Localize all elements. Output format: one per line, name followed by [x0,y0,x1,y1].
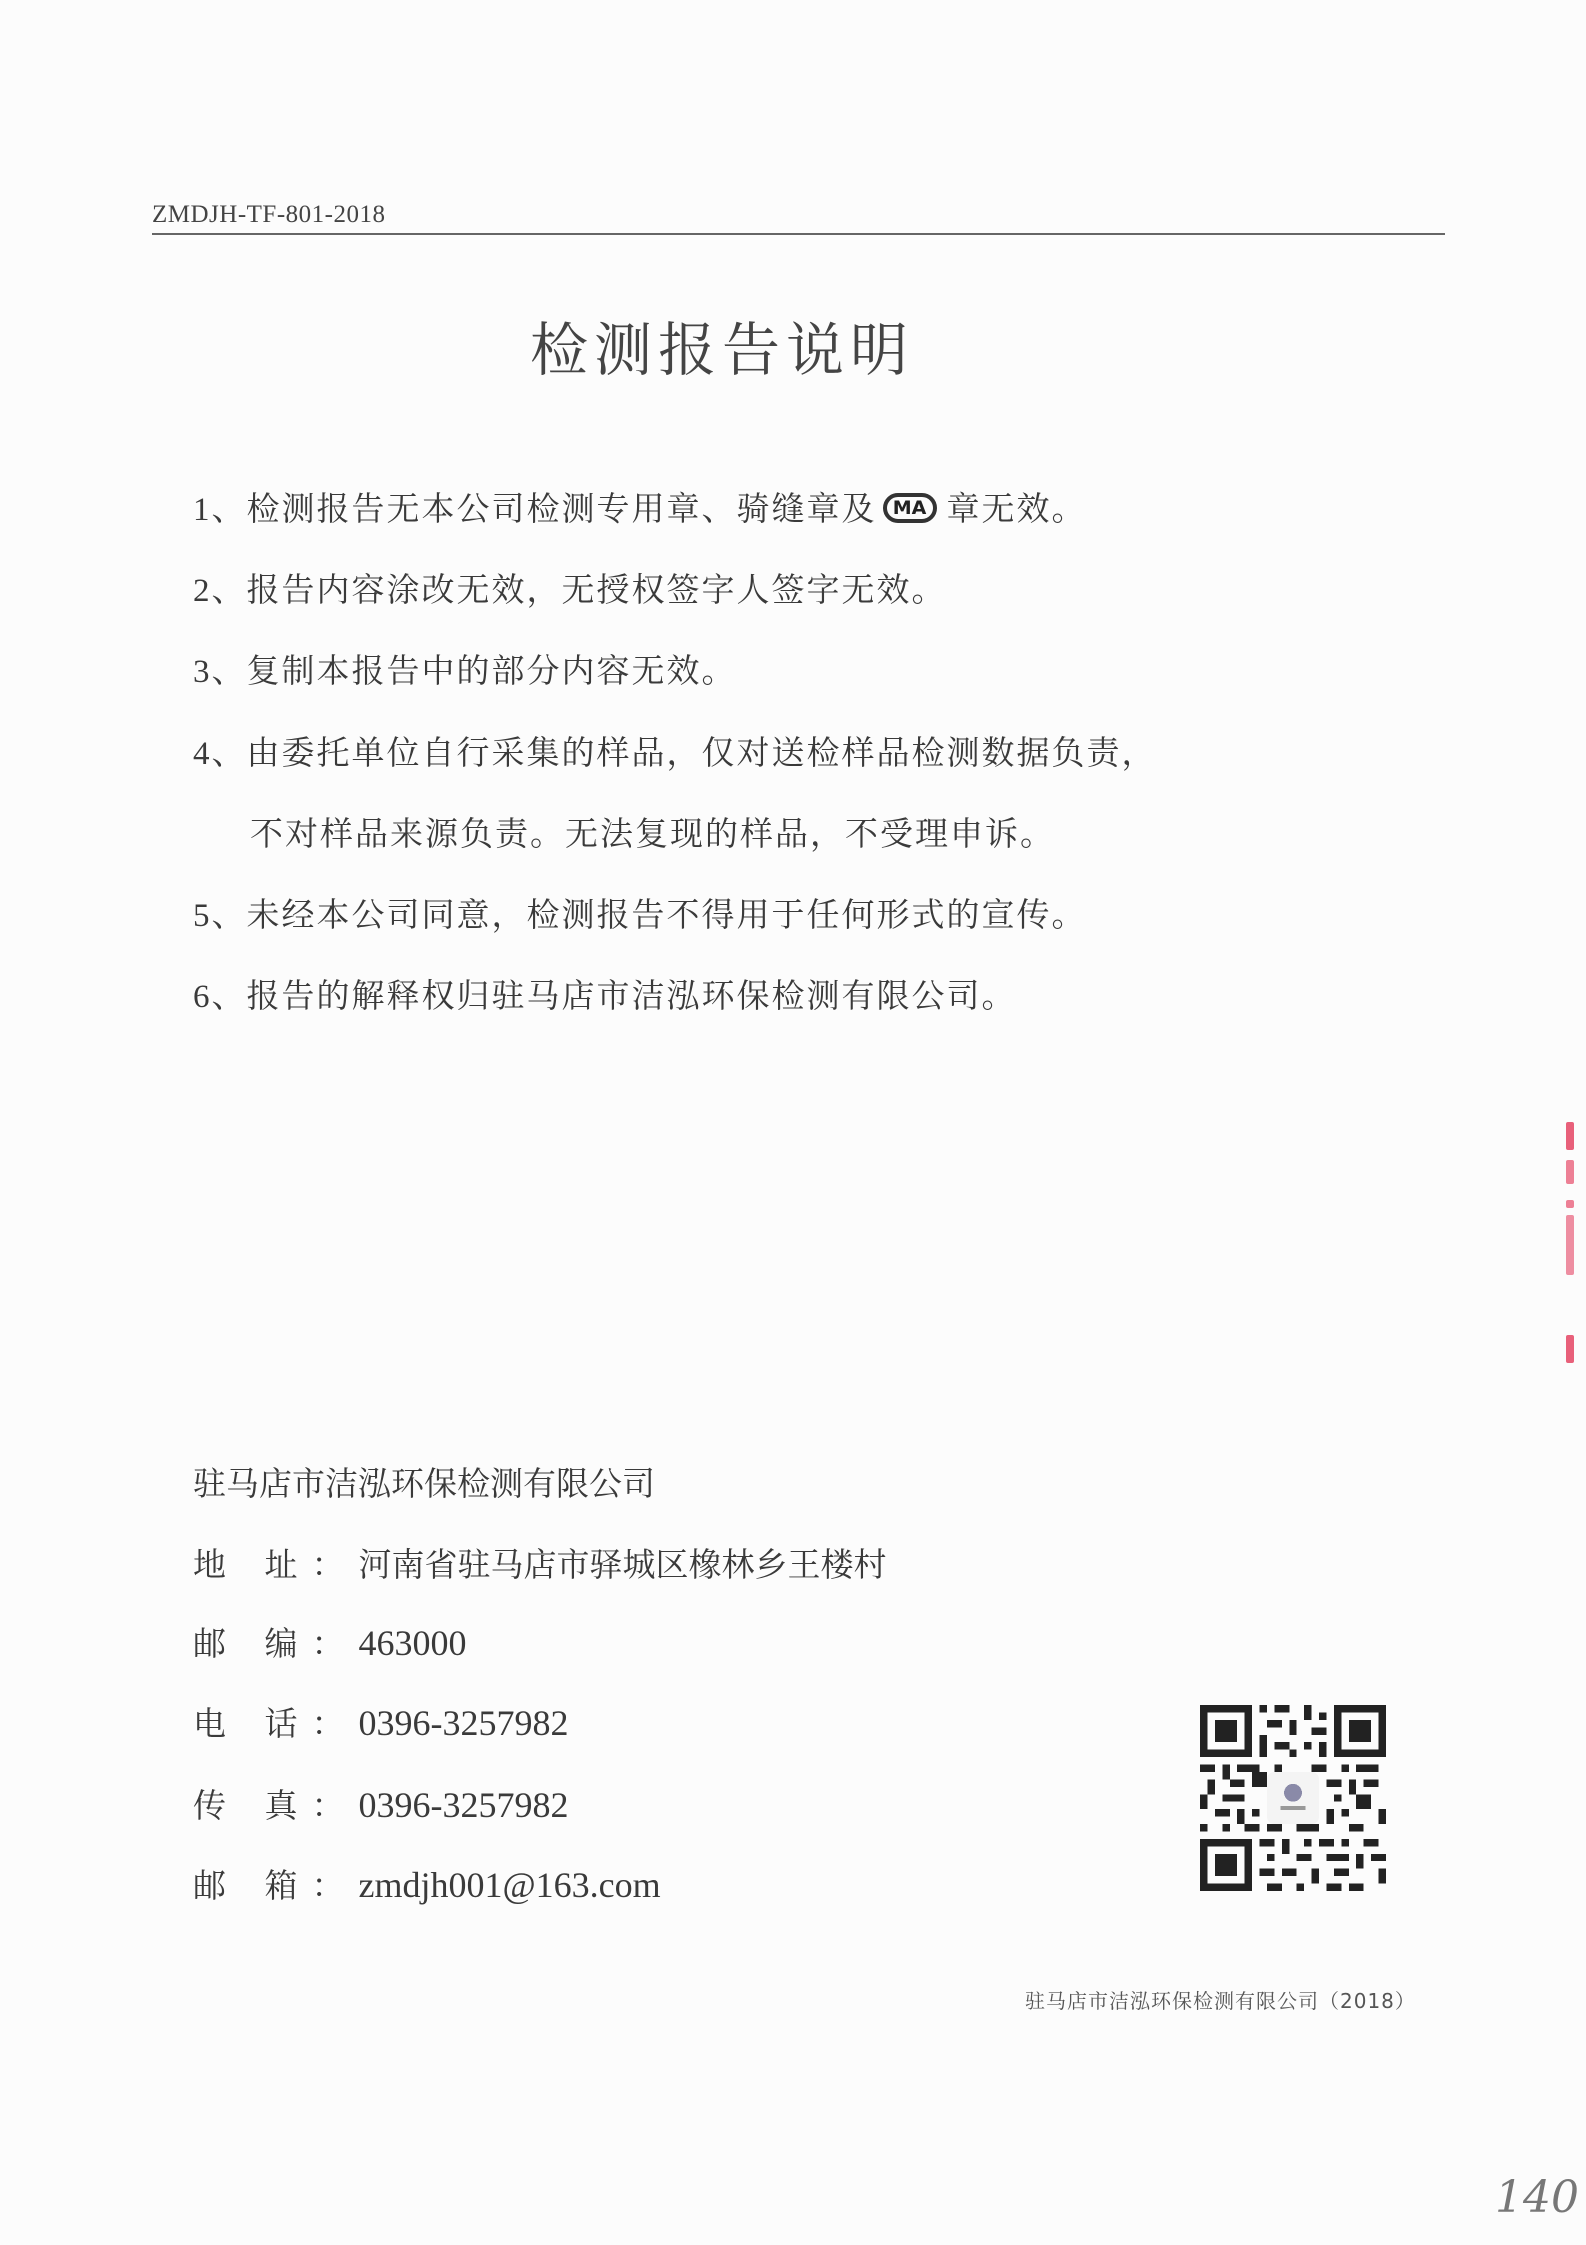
company-name: 驻马店市洁泓环保检测有限公司 [193,1458,655,1505]
field-label: 邮 箱： [193,1866,359,1905]
page-title: 检测报告说明 [530,303,914,387]
item-text: 复制本报告中的部分内容无效。 [247,651,737,690]
header-rule [152,233,1445,235]
item-text: 检测报告无本公司检测专用章、骑缝章及 [247,489,877,528]
item-number: 6、 [193,979,247,1015]
item-number: 4、 [193,736,247,772]
item-text: 由委托单位自行采集的样品，仅对送检样品检测数据负责， [247,733,1157,772]
item-number: 5、 [193,898,247,934]
field-label: 传 真： [193,1786,359,1825]
postcode-field: 邮 编：463000 [193,1618,467,1665]
list-item: 2、报告内容涂改无效，无授权签字人签字无效。 [193,564,947,611]
seam-seal-mark [1566,1200,1574,1208]
field-value: 0396-3257982 [359,1785,569,1825]
list-item-continuation: 不对样品来源负责。无法复现的样品，不受理申诉。 [250,808,1055,855]
footer-company: 驻马店市洁泓环保检测有限公司（2018） [1025,1985,1416,2014]
list-item: 5、未经本公司同意，检测报告不得用于任何形式的宣传。 [193,889,1087,936]
field-value: 0396-3257982 [359,1703,569,1743]
seam-seal-mark [1566,1160,1574,1184]
seam-seal-mark [1566,1122,1574,1150]
field-label: 地 址： [193,1545,359,1584]
list-item: 4、由委托单位自行采集的样品，仅对送检样品检测数据负责， [193,727,1157,774]
email-field: 邮 箱：zmdjh001@163.com [193,1860,661,1907]
item-text: 未经本公司同意，检测报告不得用于任何形式的宣传。 [247,895,1087,934]
field-value: zmdjh001@163.com [359,1865,661,1905]
item-number: 3、 [193,654,247,690]
item-text: 报告的解释权归驻马店市洁泓环保检测有限公司。 [247,976,1017,1015]
handwritten-page-number: 140 [1495,2172,1579,2223]
seam-seal-mark [1566,1215,1574,1275]
field-value: 河南省驻马店市驿城区橡林乡王楼村 [359,1545,887,1584]
item-text: 报告内容涂改无效，无授权签字人签字无效。 [247,570,947,609]
fax-field: 传 真：0396-3257982 [193,1780,569,1827]
phone-field: 电 话：0396-3257982 [193,1698,569,1745]
field-value: 463000 [359,1623,467,1663]
field-label: 邮 编： [193,1624,359,1663]
field-label: 电 话： [193,1704,359,1743]
item-number: 1、 [193,492,247,528]
list-item: 6、报告的解释权归驻马店市洁泓环保检测有限公司。 [193,970,1017,1017]
seam-seal-mark [1566,1335,1574,1363]
document-number: ZMDJH-TF-801-2018 [152,201,386,229]
list-item: 3、复制本报告中的部分内容无效。 [193,645,737,692]
item-text-after: 章无效。 [947,489,1087,528]
address-field: 地 址：河南省驻马店市驿城区橡林乡王楼村 [193,1539,887,1586]
list-item: 1、检测报告无本公司检测专用章、骑缝章及MA章无效。 [193,483,1087,530]
cma-badge-icon: MA [883,493,937,523]
item-number: 2、 [193,573,247,609]
qr-code-icon [1200,1705,1386,1891]
